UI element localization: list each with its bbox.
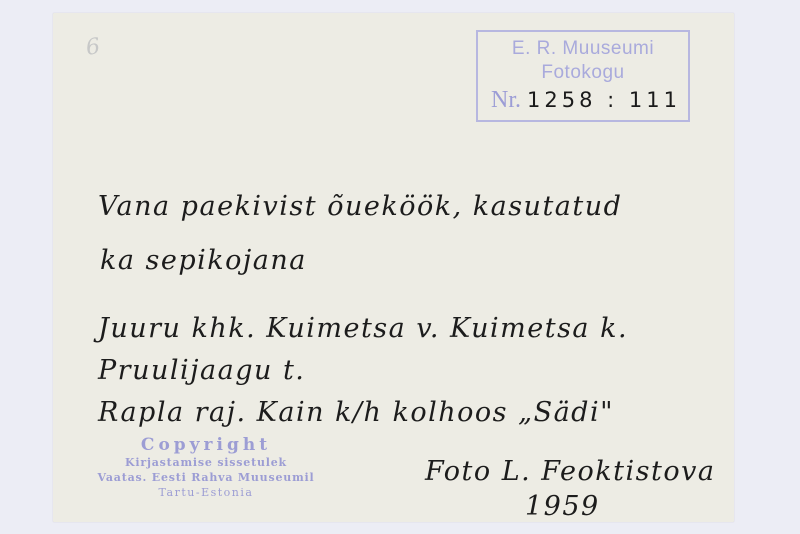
pencil-mark: 6 [84,34,101,61]
photographer-credit: Foto L. Feoktistova [425,456,715,487]
stamp-museum-name: E. R. Muuseumi [478,38,688,60]
location-line-2: Pruulijaagu t. [98,355,305,386]
copyright-line-3: Tartu-Estonia [91,485,321,500]
location-line-1: Juuru khk. Kuimetsa v. Kuimetsa k. [98,313,628,344]
catalog-number: 1258 : 111 [527,88,681,112]
photo-year: 1959 [525,491,600,522]
stamp-collection-name: Fotokogu [478,62,688,84]
description-line-1: Vana paekivist õueköök, kasutatud [98,191,622,222]
museum-stamp: E. R. Muuseumi Fotokogu Nr. 1258 : 111 [476,30,690,122]
location-line-3: Rapla raj. Kain k/h kolhoos „Sädi" [98,397,614,428]
stamp-number-row: Nr. 1258 : 111 [491,87,681,114]
stamp-number-label: Nr. [491,87,521,114]
copyright-stamp: Copyright Kirjastamise sissetulek Vaatas… [91,435,321,500]
copyright-line-1: Kirjastamise sissetulek [91,455,321,470]
copyright-title: Copyright [91,435,321,455]
archive-card: 6 E. R. Muuseumi Fotokogu Nr. 1258 : 111… [53,13,734,522]
copyright-line-2: Vaatas. Eesti Rahva Muuseumil [91,470,321,485]
description-line-2: ka sepikojana [100,245,307,276]
